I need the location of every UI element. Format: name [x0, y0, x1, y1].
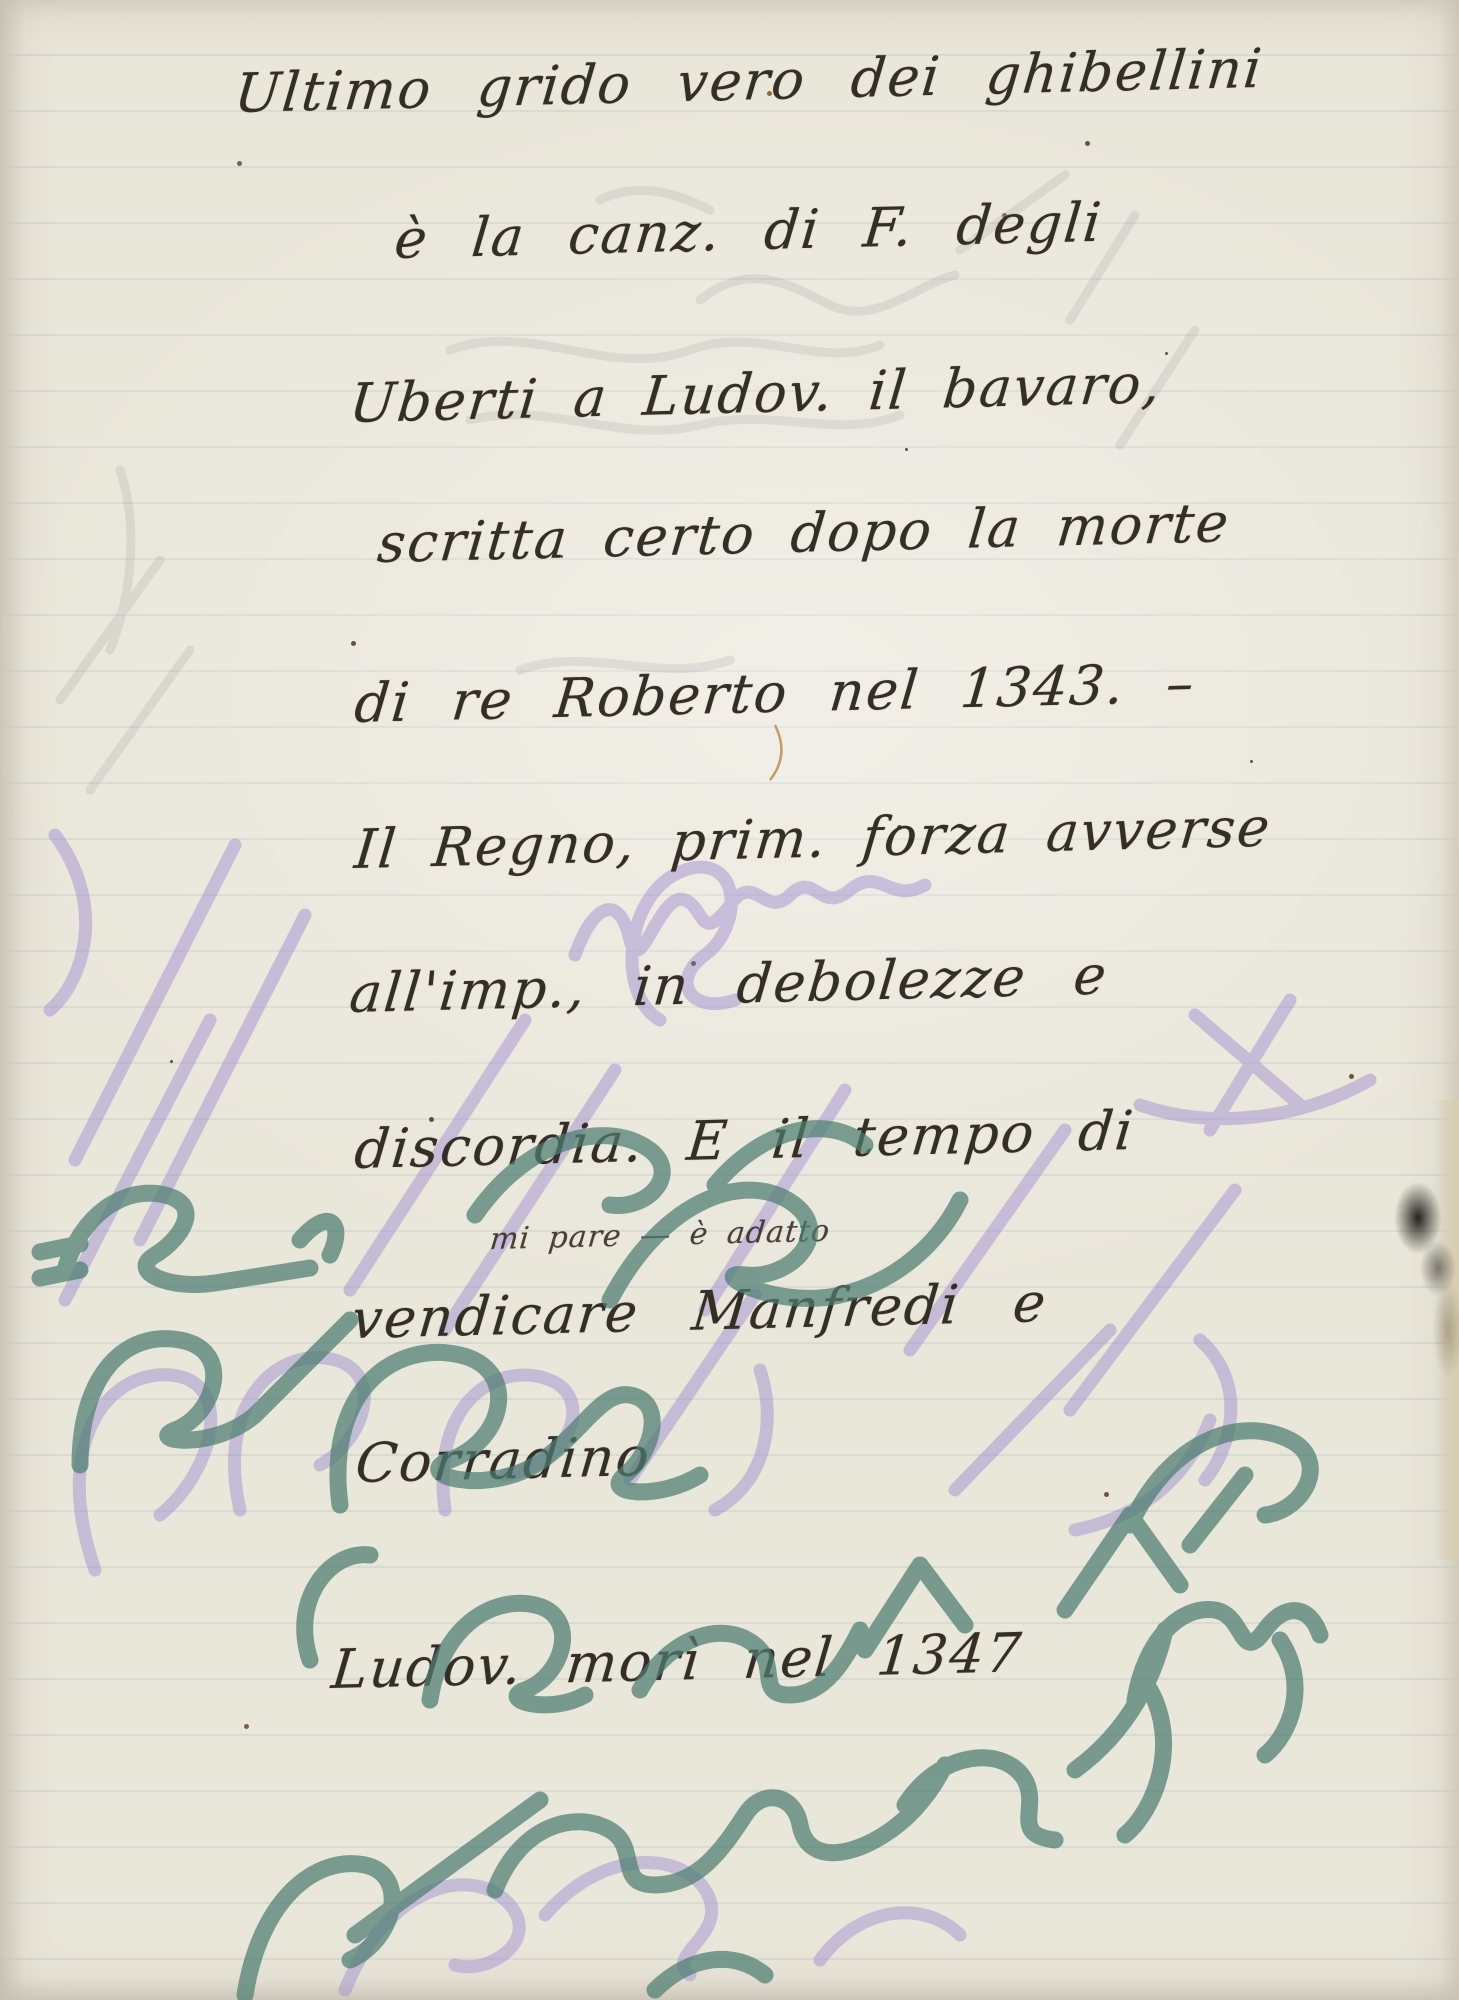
manuscript-line: Ludov. morì nel 1347 — [329, 1621, 1026, 1701]
manuscript-line: all'imp., in debolezze e — [347, 943, 1111, 1025]
manuscript-line: Uberti a Ludov. il bavaro, — [347, 352, 1165, 435]
paper-fiber — [770, 725, 781, 780]
manuscript-line: scritta certo dopo la morte — [375, 491, 1233, 575]
green-scribbles — [40, 1129, 1320, 1995]
ink-smudge — [1390, 1170, 1459, 1380]
paper-specks — [0, 0, 3, 3]
manuscript-page: Ultimo grido vero dei ghibellini è la ca… — [0, 0, 1459, 2000]
manuscript-line: Il Regno, prim. forza avverse — [352, 796, 1274, 882]
manuscript-line: discordia. E il tempo di — [352, 1099, 1138, 1181]
manuscript-line: Ultimo grido vero dei ghibellini — [232, 37, 1266, 125]
manuscript-line: di re Roberto nel 1343. – — [352, 651, 1199, 735]
manuscript-line: è la canz. di F. degli — [392, 191, 1106, 271]
interlinear-insertion: mi pare — è adatto — [488, 1214, 832, 1257]
manuscript-line: Corradino — [353, 1425, 654, 1495]
manuscript-line: vendicare Manfredi e — [349, 1271, 1050, 1351]
